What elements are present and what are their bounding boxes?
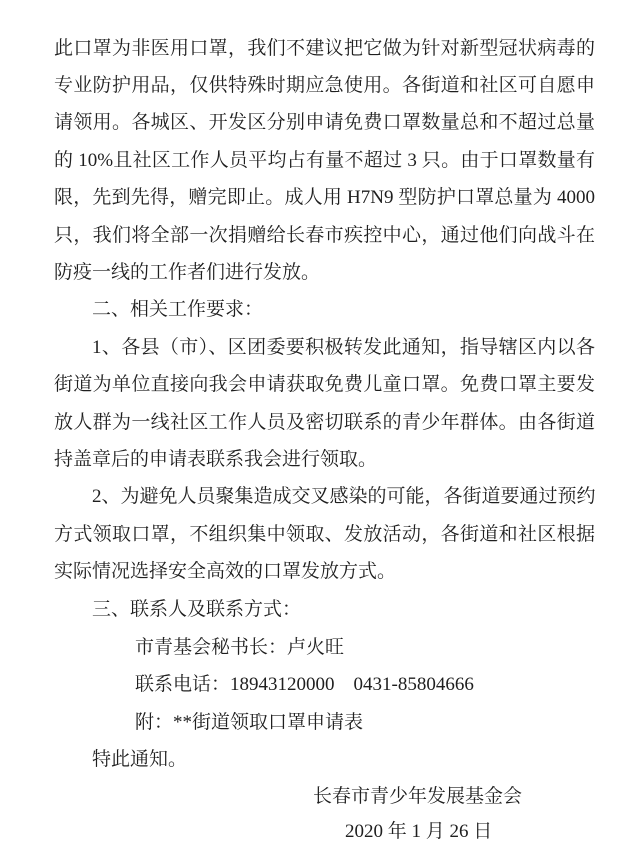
item-2-line: 2、为避免人员聚集造成交叉感染的可能，各街道要通过预约 [92, 485, 595, 509]
section-heading-3: 三、联系人及联系方式： [92, 598, 301, 622]
paragraph-line: 请领用。各城区、开发区分别申请免费口罩数量总和不超过总量 [54, 111, 595, 135]
item-2-line: 方式领取口罩，不组织集中领取、发放活动，各街道和社区根据 [54, 523, 595, 547]
document-page: 此口罩为非医用口罩，我们不建议把它做为针对新型冠状病毒的 专业防护用品，仅供特殊… [0, 0, 641, 866]
item-1-line: 持盖章后的申请表联系我会进行领取。 [54, 448, 377, 472]
document-date: 2020 年 1 月 26 日 [345, 820, 492, 844]
item-2-line: 实际情况选择安全高效的口罩发放方式。 [54, 560, 396, 584]
paragraph-line: 专业防护用品，仅供特殊时期应急使用。各街道和社区可自愿申 [54, 74, 595, 98]
paragraph-line: 防疫一线的工作者们进行发放。 [54, 261, 320, 285]
item-1-line: 放人群为一线社区工作人员及密切联系的青少年群体。由各街道 [54, 411, 595, 435]
section-heading-2: 二、相关工作要求： [92, 298, 263, 322]
paragraph-line: 只，我们将全部一次捐赠给长春市疾控中心，通过他们向战斗在 [54, 224, 595, 248]
paragraph-line: 限，先到先得，赠完即止。成人用 H7N9 型防护口罩总量为 4000 [54, 186, 595, 210]
item-1-line: 1、各县（市）、区团委要积极转发此通知，指导辖区内以各 [92, 336, 595, 360]
item-1-line: 街道为单位直接向我会申请获取免费儿童口罩。免费口罩主要发 [54, 373, 595, 397]
signature-organization: 长春市青少年发展基金会 [313, 785, 521, 809]
contact-person: 市青基会秘书长：卢火旺 [135, 636, 344, 660]
closing-text: 特此通知。 [92, 748, 187, 772]
attachment-note: 附：**街道领取口罩申请表 [135, 711, 363, 735]
paragraph-line: 此口罩为非医用口罩，我们不建议把它做为针对新型冠状病毒的 [54, 37, 595, 61]
contact-phone: 联系电话：18943120000 0431-85804666 [135, 673, 474, 697]
paragraph-line: 的 10%且社区工作人员平均占有量不超过 3 只。由于口罩数量有 [54, 149, 595, 173]
